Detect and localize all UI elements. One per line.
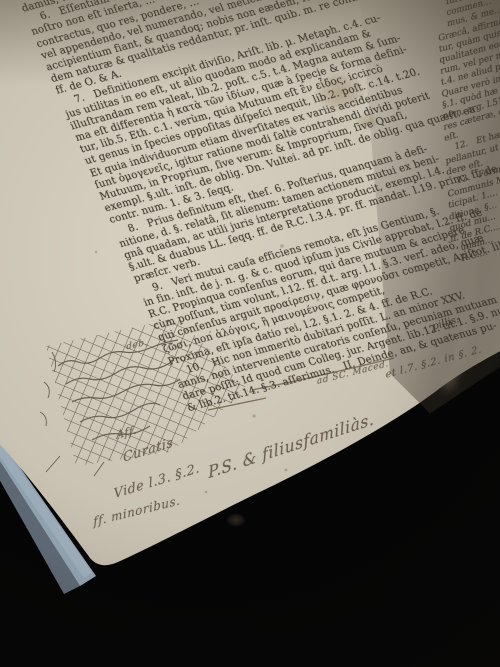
book-photograph: damus, … 6. Eſſentiam … noſtro non eſt i… xyxy=(0,0,500,667)
